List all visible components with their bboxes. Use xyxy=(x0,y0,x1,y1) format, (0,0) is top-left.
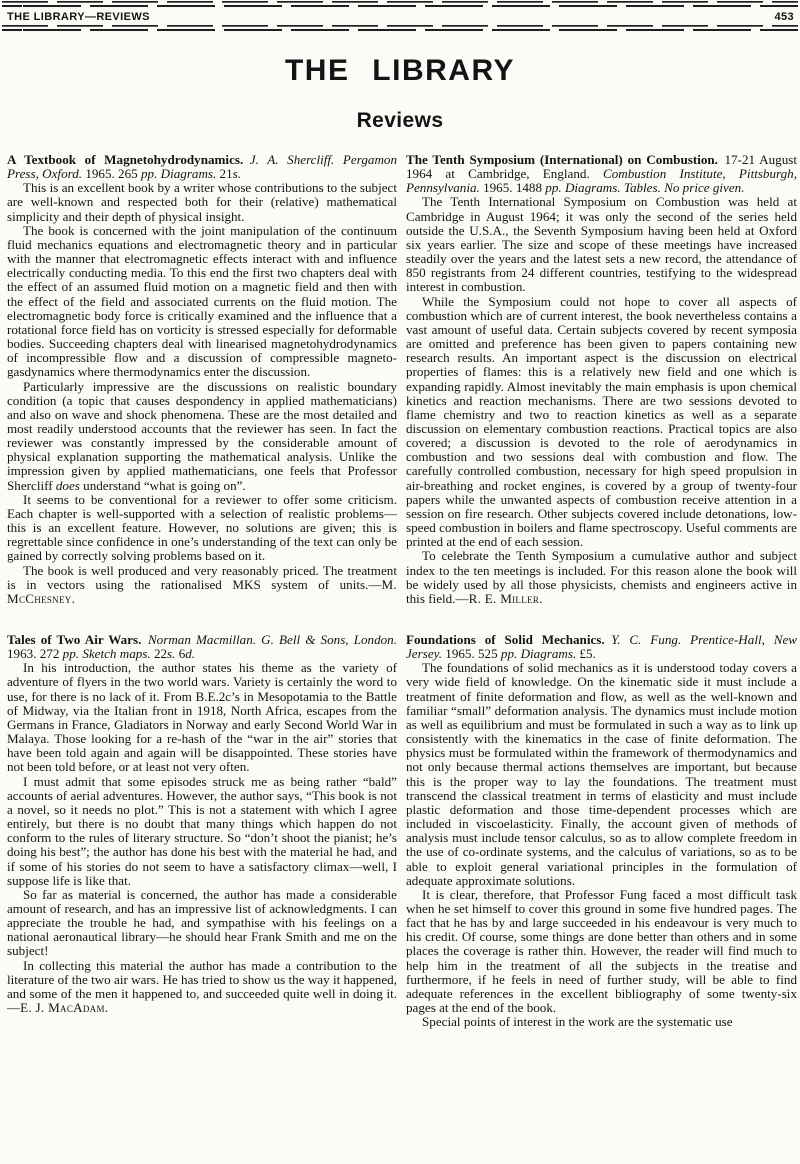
text-run: The book is concerned with the joint man… xyxy=(7,223,397,380)
text-run: In his introduction, the author states h… xyxy=(7,660,397,774)
running-head-row: THE LIBRARY—REVIEWS 453 xyxy=(0,9,800,24)
text-run: pp. xyxy=(141,166,157,181)
review-paragraph: So far as material is concerned, the aut… xyxy=(7,888,397,959)
header-top-rule xyxy=(2,0,798,9)
text-run: s. xyxy=(233,166,241,181)
column-right: The Tenth Symposium (International) on C… xyxy=(406,153,797,1029)
review-paragraph: While the Symposium could not hope to co… xyxy=(406,295,797,550)
text-run: Sketch maps. xyxy=(82,646,150,661)
text-run: Tales of Two Air Wars. xyxy=(7,632,141,647)
text-run: The foundations of solid mechanics as it… xyxy=(406,660,797,887)
header-bottom-rule xyxy=(2,24,798,31)
column-left: A Textbook of Magnetohydrodynamics. J. A… xyxy=(7,153,397,1029)
review-paragraph: The book is concerned with the joint man… xyxy=(7,224,397,380)
text-run: So far as material is concerned, the aut… xyxy=(7,887,397,959)
review-paragraph: In his introduction, the author states h… xyxy=(7,661,397,774)
text-run: A Textbook of Magnetohydrodynamics. xyxy=(7,152,243,167)
text-run: does xyxy=(56,478,80,493)
page-title: THE LIBRARY xyxy=(0,54,800,88)
text-run: I must admit that some episodes struck m… xyxy=(7,774,397,888)
text-run: pp. xyxy=(545,180,561,195)
text-run: Special points of interest in the work a… xyxy=(422,1014,733,1029)
text-run: 1965. 265 xyxy=(82,166,141,181)
review-paragraph: The Tenth International Symposium on Com… xyxy=(406,195,797,294)
text-run: 21 xyxy=(216,166,232,181)
text-run: pp. xyxy=(501,646,517,661)
text-run: £5. xyxy=(576,646,596,661)
review: A Textbook of Magnetohydrodynamics. J. A… xyxy=(7,153,397,606)
review-columns: A Textbook of Magnetohydrodynamics. J. A… xyxy=(0,153,800,1029)
text-run: 6 xyxy=(175,646,185,661)
text-run: understand “what is going on”. xyxy=(80,478,246,493)
text-run: 1965. 1488 xyxy=(480,180,545,195)
text-run: It seems to be conventional for a review… xyxy=(7,492,397,564)
text-run: 1965. 525 xyxy=(442,646,501,661)
reviewer-signature: E. J. MacAdam. xyxy=(20,1000,108,1015)
review-paragraph: Particularly impressive are the discussi… xyxy=(7,380,397,493)
review-paragraph: It is clear, therefore, that Professor F… xyxy=(406,888,797,1015)
review-paragraph: The book is well produced and very reaso… xyxy=(7,564,397,606)
review: Foundations of Solid Mechanics. Y. C. Fu… xyxy=(406,633,797,1029)
text-run: Diagrams. xyxy=(521,646,577,661)
reviewer-signature: R. E. Miller. xyxy=(469,591,543,606)
review-paragraph: In collecting this material the author h… xyxy=(7,959,397,1016)
running-head: THE LIBRARY—REVIEWS xyxy=(7,11,150,23)
text-run: Norman Macmillan. G. Bell & Sons, London… xyxy=(148,632,397,647)
review-paragraph: I must admit that some episodes struck m… xyxy=(7,775,397,888)
page-subtitle: Reviews xyxy=(0,109,800,133)
review: The Tenth Symposium (International) on C… xyxy=(406,153,797,606)
text-run: The Tenth Symposium (International) on C… xyxy=(406,152,718,167)
review-paragraph: The foundations of solid mechanics as it… xyxy=(406,661,797,888)
text-run: Particularly impressive are the discussi… xyxy=(7,379,397,493)
text-run: The Tenth International Symposium on Com… xyxy=(406,194,797,294)
review-heading: Tales of Two Air Wars. Norman Macmillan.… xyxy=(7,633,397,661)
review-paragraph: Special points of interest in the work a… xyxy=(406,1015,797,1029)
text-run: The book is well produced and very reaso… xyxy=(7,563,397,592)
review-heading: A Textbook of Magnetohydrodynamics. J. A… xyxy=(7,153,397,181)
text-run: This is an excellent book by a writer wh… xyxy=(7,180,397,223)
page-number: 453 xyxy=(774,11,794,23)
review-paragraph: This is an excellent book by a writer wh… xyxy=(7,181,397,223)
review-heading: The Tenth Symposium (International) on C… xyxy=(406,153,797,195)
review-paragraph: It seems to be conventional for a review… xyxy=(7,493,397,564)
text-run: pp. xyxy=(63,646,79,661)
scanned-journal-page: THE LIBRARY—REVIEWS 453 THE LIBRARY Revi… xyxy=(0,0,800,1164)
text-run: While the Symposium could not hope to co… xyxy=(406,294,797,550)
text-run: Foundations of Solid Mechanics. xyxy=(406,632,605,647)
review-paragraph: To celebrate the Tenth Symposium a cumul… xyxy=(406,549,797,606)
review: Tales of Two Air Wars. Norman Macmillan.… xyxy=(7,633,397,1015)
text-run: It is clear, therefore, that Professor F… xyxy=(406,887,797,1015)
review-heading: Foundations of Solid Mechanics. Y. C. Fu… xyxy=(406,633,797,661)
text-run: Diagrams. xyxy=(161,166,217,181)
text-run: To celebrate the Tenth Symposium a cumul… xyxy=(406,548,797,605)
text-run: d. xyxy=(185,646,195,661)
text-run: 1963. 272 xyxy=(7,646,63,661)
text-run: 22 xyxy=(151,646,167,661)
text-run: Diagrams. Tables. No price given. xyxy=(565,180,745,195)
